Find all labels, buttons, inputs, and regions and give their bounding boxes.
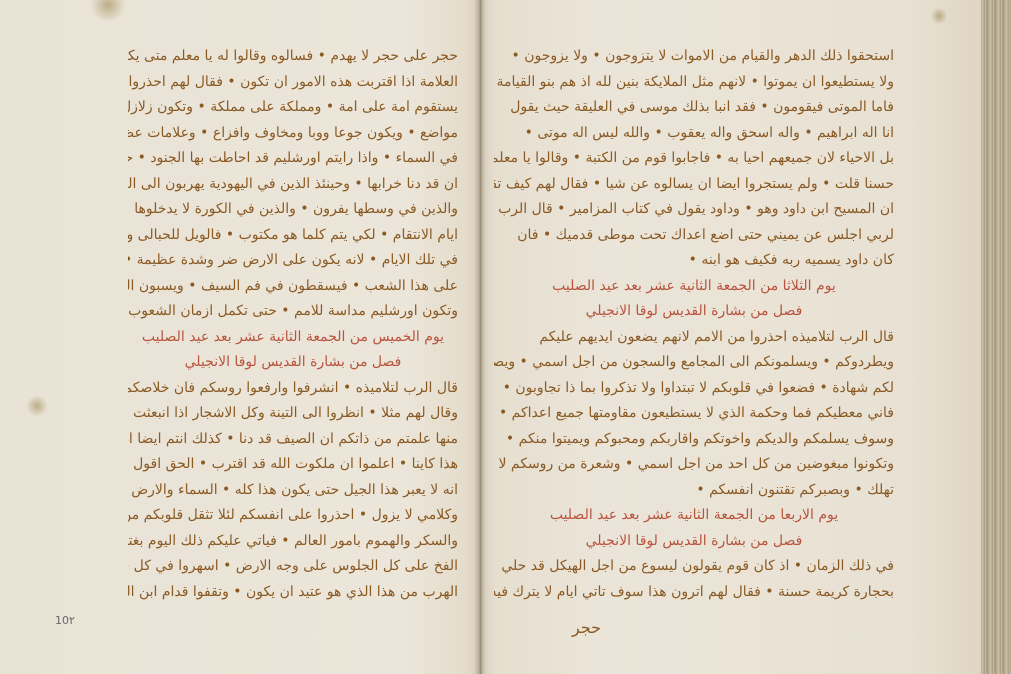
text-line: في تلك الايام • لانه يكون على الارض ضر و…: [128, 248, 458, 274]
text-line: مواضع • ويكون جوعا ووبا ومخاوف وافزاع • …: [128, 121, 458, 147]
text-line: الهرب من هذا الذي هو عتيد ان يكون • وتقف…: [128, 580, 458, 606]
text-line: منها علمتم من ذاتكم ان الصيف قد دنا • كذ…: [128, 427, 458, 453]
rubric-heading: يوم الخميس من الجمعة الثانية عشر بعد عيد…: [128, 325, 458, 351]
catchword: حجر: [572, 618, 601, 637]
text-line: في السماء • واذا رايتم اورشليم قد احاطت …: [128, 146, 458, 172]
text-line: ان المسيح ابن داود وهو • وداود يقول في ك…: [494, 197, 894, 223]
page-fore-edge: [981, 0, 1011, 674]
text-line: ولا يستطيعوا ان يموتوا • لانهم مثل الملا…: [494, 70, 894, 96]
text-line: العلامة اذا اقتربت هذه الامور ان تكون • …: [128, 70, 458, 96]
text-line: والذين في وسطها يفرون • والذين في الكورة…: [128, 197, 458, 223]
rubric-heading: يوم الاربعا من الجمعة الثانية عشر بعد عي…: [494, 503, 894, 529]
text-line: على هذا الشعب • فيسقطون في فم السيف • وي…: [128, 274, 458, 300]
text-line: فاما الموتى فيقومون • فقد انبا بذلك موسى…: [494, 95, 894, 121]
text-line: وسوف يسلمكم والديكم واخوتكم واقاربكم ومح…: [494, 427, 894, 453]
rubric-heading: فصل من بشارة القديس لوقا الانجيلي: [494, 299, 894, 325]
text-line: كان داود يسميه ربه فكيف هو ابنه •: [494, 248, 894, 274]
text-line: قال الرب لتلاميذه • انشرفوا وارفعوا روسك…: [128, 376, 458, 402]
right-text-block: استحقوا ذلك الدهر والقيام من الاموات لا …: [494, 44, 894, 605]
rubric-heading: فصل من بشارة القديس لوقا الانجيلي: [128, 350, 458, 376]
text-line: انه لا يعبر هذا الجيل حتى يكون هذا كله •…: [128, 478, 458, 504]
text-line: بحجارة كريمة حسنة • فقال لهم اترون هذا س…: [494, 580, 894, 606]
text-line: يستقوم امة على امة • ومملكة على مملكة • …: [128, 95, 458, 121]
rubric-heading: يوم الثلاثا من الجمعة الثانية عشر بعد عي…: [494, 274, 894, 300]
text-line: وقال لهم مثلا • انظروا الى التينة وكل ال…: [128, 401, 458, 427]
text-line: وتكونوا مبغوضين من كل احد من اجل اسمي • …: [494, 452, 894, 478]
text-line: وتكون اورشليم مداسة للامم • حتى تكمل ازم…: [128, 299, 458, 325]
text-line: انا اله ابراهيم • واله اسحق واله يعقوب •…: [494, 121, 894, 147]
left-text-block: حجر على حجر لا يهدم • فسالوه وقالوا له ي…: [128, 44, 458, 605]
text-line: حجر على حجر لا يهدم • فسالوه وقالوا له ي…: [128, 44, 458, 70]
text-line: ويطردوكم • ويسلمونكم الى المجامع والسجون…: [494, 350, 894, 376]
text-line: لكم شهادة • فضعوا في قلوبكم لا تبتداوا و…: [494, 376, 894, 402]
text-line: والسكر والهموم بامور العالم • فياتي عليك…: [128, 529, 458, 555]
folio-number: 10٢: [55, 614, 75, 627]
manuscript-spread: حجر على حجر لا يهدم • فسالوه وقالوا له ي…: [0, 0, 1011, 674]
text-line: تهلك • وبصبركم تقتنون انفسكم •: [494, 478, 894, 504]
text-line: لربي اجلس عن يميني حتى اضع اعداك تحت موط…: [494, 223, 894, 249]
left-page: حجر على حجر لا يهدم • فسالوه وقالوا له ي…: [0, 0, 478, 674]
text-line: ان قد دنا خرابها • وحينئذ الذين في اليهو…: [128, 172, 458, 198]
text-line: استحقوا ذلك الدهر والقيام من الاموات لا …: [494, 44, 894, 70]
right-page: استحقوا ذلك الدهر والقيام من الاموات لا …: [482, 0, 981, 674]
text-line: بل الاحياء لان جميعهم احيا به • فاجابوا …: [494, 146, 894, 172]
text-line: حسنا قلت • ولم يستجروا ايضا ان يسالوه عن…: [494, 172, 894, 198]
text-line: فاني معطيكم فما وحكمة الذي لا يستطيعون م…: [494, 401, 894, 427]
text-line: في ذلك الزمان • اذ كان قوم يقولون ليسوع …: [494, 554, 894, 580]
text-line: قال الرب لتلاميذه احذروا من الامم لانهم …: [494, 325, 894, 351]
rubric-heading: فصل من بشارة القديس لوقا الانجيلي: [494, 529, 894, 555]
text-line: وكلامي لا يزول • احذروا على انفسكم لئلا …: [128, 503, 458, 529]
text-line: هذا كاينا • اعلموا ان ملكوت الله قد اقتر…: [128, 452, 458, 478]
text-line: الفخ على كل الجلوس على وجه الارض • اسهرو…: [128, 554, 458, 580]
text-line: ايام الانتقام • لكي يتم كلما هو مكتوب • …: [128, 223, 458, 249]
